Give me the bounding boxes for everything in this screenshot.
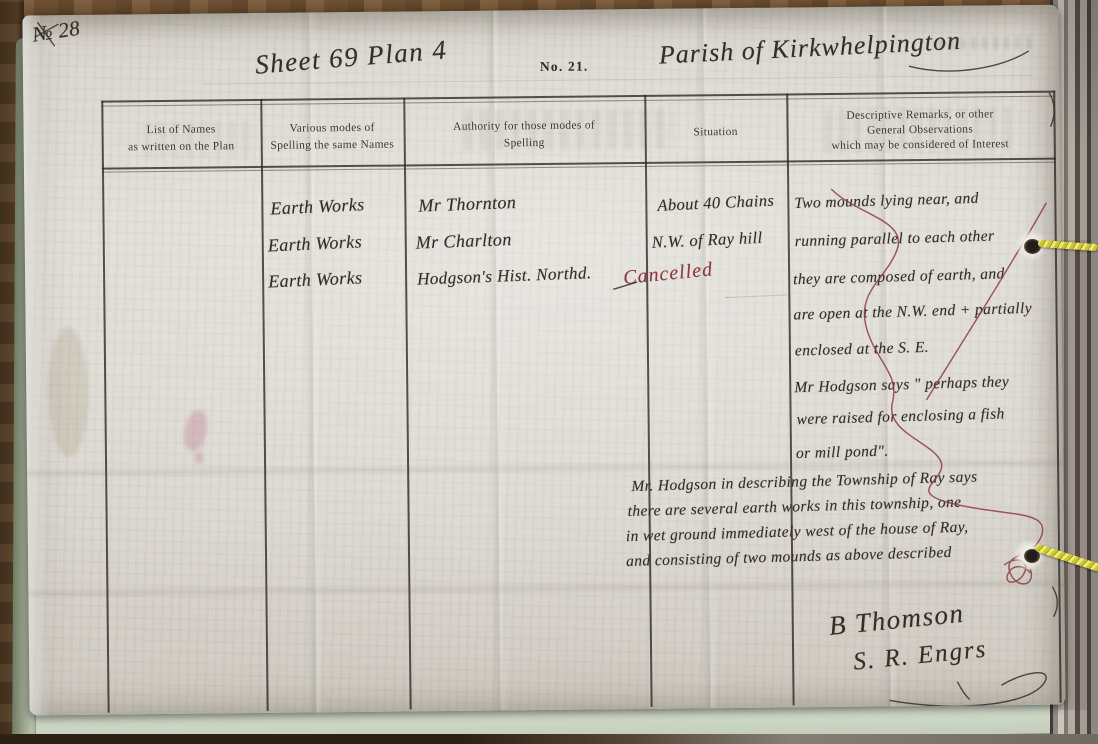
signature-swash xyxy=(889,673,1046,707)
margin-bracket-top xyxy=(1049,93,1054,127)
name-book-page: № 28 Sheet 69 Plan 4 No. 21. Parish of K… xyxy=(22,5,1065,716)
red-wavy-cancellation-line xyxy=(831,187,1043,586)
signature-tick xyxy=(957,682,969,700)
margin-bracket-bottom xyxy=(1052,587,1057,617)
black-pen-flourishes xyxy=(34,12,1060,716)
scanned-document-photo: № 28 Sheet 69 Plan 4 No. 21. Parish of K… xyxy=(0,0,1098,744)
pen-marks-overlay xyxy=(22,5,1065,716)
folio-strike-marks xyxy=(34,22,58,46)
bottom-shadow xyxy=(0,734,1098,744)
cancelled-dash xyxy=(613,282,637,289)
parish-underline-flourish xyxy=(909,51,1029,72)
